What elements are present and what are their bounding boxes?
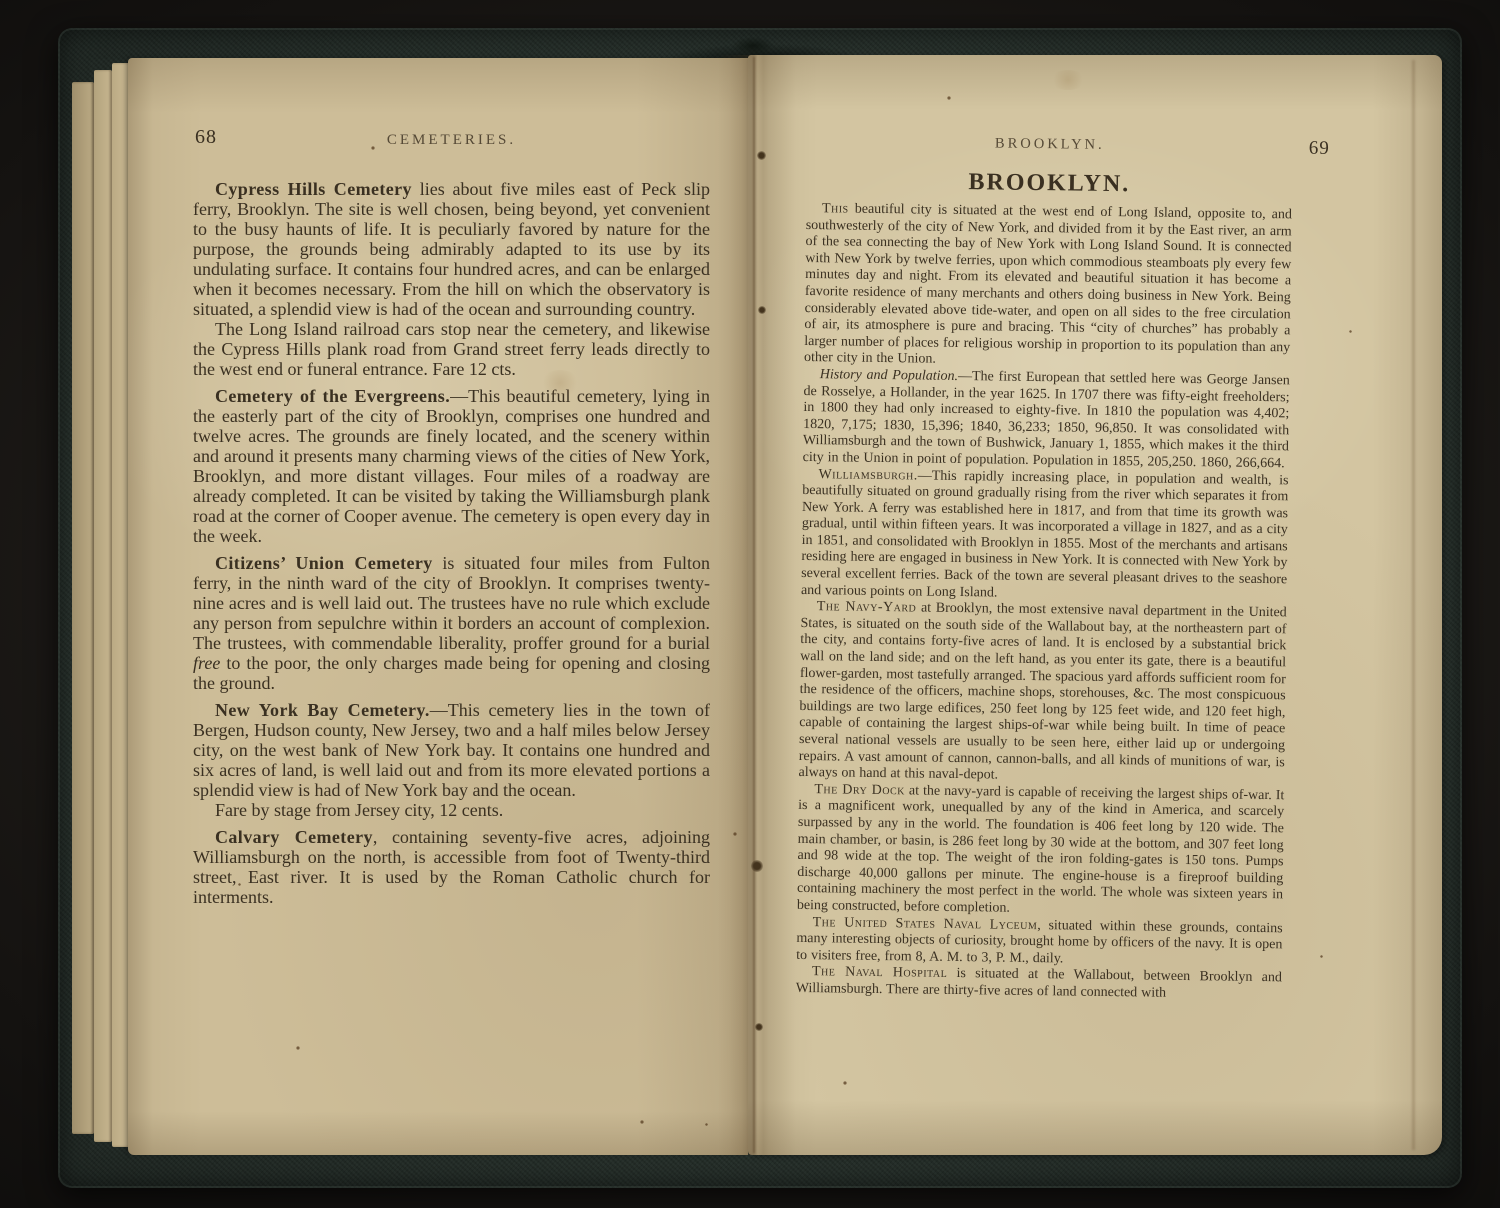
paragraph: Citizens’ Union Cemetery is situated fou… xyxy=(193,553,710,693)
text-segment: to the poor, the only charges made being… xyxy=(193,653,710,693)
text-segment: —The first European that settled here wa… xyxy=(803,369,1290,471)
text-segment: lies about five miles east of Peck slip … xyxy=(193,179,710,319)
paragraph: This beautiful city is situated at the w… xyxy=(804,201,1292,373)
text-segment: The Naval Hospital xyxy=(812,964,947,981)
page-edge-stack xyxy=(94,70,112,1142)
text-segment: Cypress Hills Cemetery xyxy=(215,179,412,199)
paragraph: The United States Naval Lyceum, situated… xyxy=(796,914,1283,970)
text-segment: The Long Island railroad cars stop near … xyxy=(193,319,710,379)
page-number-right: 69 xyxy=(1309,138,1330,160)
text-segment: New York Bay Cemetery. xyxy=(215,700,430,720)
page-edge-stack xyxy=(72,82,94,1134)
right-page: BROOKLYN. 69 BROOKLYN. This beautiful ci… xyxy=(748,55,1442,1155)
running-header-left: CEMETERIES. xyxy=(193,132,710,149)
text-segment: The United States Naval Lyceum xyxy=(813,915,1038,933)
text-segment: at the navy-yard is capable of receiving… xyxy=(797,783,1285,916)
right-page-text: This beautiful city is situated at the w… xyxy=(796,201,1292,1004)
paragraph: The Dry Dock at the navy-yard is capable… xyxy=(797,782,1285,921)
text-segment: The Dry Dock xyxy=(814,782,905,798)
paragraph: Cypress Hills Cemetery lies about five m… xyxy=(193,179,710,319)
left-page: 68 CEMETERIES. Cypress Hills Cemetery li… xyxy=(128,58,748,1155)
paragraph: Calvary Cemetery, containing seventy-fiv… xyxy=(193,827,710,907)
paragraph: Fare by stage from Jersey city, 12 cents… xyxy=(193,800,710,820)
text-segment: Calvary Cemetery xyxy=(215,827,373,847)
paragraph: Williamsburgh.—This rapidly increasing p… xyxy=(801,466,1289,605)
text-segment: The Navy-Yard xyxy=(817,599,917,615)
text-segment: Williamsburgh. xyxy=(818,467,917,483)
text-segment: at Brooklyn, the most extensive naval de… xyxy=(799,601,1287,783)
paragraph: New York Bay Cemetery.—This cemetery lie… xyxy=(193,700,710,800)
text-segment: Fare by stage from Jersey city, 12 cents… xyxy=(215,800,503,820)
text-segment: —This beautiful cemetery, lying in the e… xyxy=(193,386,710,546)
paragraph: History and Population.—The first Europe… xyxy=(803,367,1290,473)
chapter-title: BROOKLYN. xyxy=(806,167,1292,200)
text-segment: beautiful city is situated at the west e… xyxy=(804,202,1292,367)
right-page-text-block: BROOKLYN. 69 BROOKLYN. This beautiful ci… xyxy=(794,55,1368,1162)
fore-edge-crease xyxy=(1412,60,1415,1150)
open-book-photo: 68 CEMETERIES. Cypress Hills Cemetery li… xyxy=(0,0,1500,1208)
text-segment: History and Population. xyxy=(820,367,958,384)
paragraph: The Navy-Yard at Brooklyn, the most exte… xyxy=(798,599,1286,788)
paragraph: The Long Island railroad cars stop near … xyxy=(193,319,710,379)
text-segment: This xyxy=(822,201,849,216)
paragraph: The Naval Hospital is situated at the Wa… xyxy=(796,964,1282,1004)
left-page-text: Cypress Hills Cemetery lies about five m… xyxy=(193,172,710,907)
text-segment: Citizens’ Union Cemetery xyxy=(215,553,433,573)
text-segment: free xyxy=(193,653,220,673)
gutter-fold-line xyxy=(753,57,755,1153)
text-segment: —This rapidly increasing place, in popul… xyxy=(801,468,1289,600)
running-header-right: BROOKLYN. xyxy=(807,133,1293,156)
text-segment: Cemetery of the Evergreens. xyxy=(215,386,450,406)
paragraph: Cemetery of the Evergreens.—This beautif… xyxy=(193,386,710,546)
